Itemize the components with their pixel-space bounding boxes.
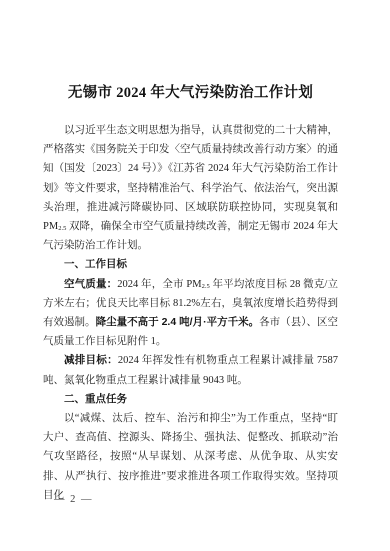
- document-title: 无锡市 2024 年大气污染防治工作计划: [43, 83, 338, 103]
- paragraph-intro: 以习近平生态文明思想为指导，认真贯彻党的二十大精神，严格落实《国务院关于印发〈空…: [43, 121, 338, 255]
- page-number: — 2 —: [54, 493, 93, 507]
- emission-reduction-lead-label: 减排目标：: [64, 354, 118, 366]
- air-quality-text: 2024 年，全市 PM: [117, 279, 201, 290]
- section-heading-key-tasks: 二、重点任务: [43, 390, 338, 409]
- paragraph-intro-text-cont: 双降，确保全市空气质量持续改善，制定无锡市 2024 年大气污染防治工作计划。: [43, 221, 338, 251]
- air-quality-lead-label: 空气质量：: [64, 278, 117, 290]
- dustfall-target-bold-text: 降尘量不高于 2.4 吨/月·平方千米。: [96, 316, 260, 328]
- paragraph-key-tasks: 以“减煤、汰后、控车、治污和抑尘”为工作重点，坚持“盯大户、查高值、控源头、降扬…: [43, 409, 338, 505]
- key-tasks-text: 以“减煤、汰后、控车、治污和抑尘”为工作重点，坚持“盯大户、查高值、控源头、降扬…: [43, 413, 338, 501]
- document-body: 无锡市 2024 年大气污染防治工作计划 以习近平生态文明思想为指导，认真贯彻党…: [43, 83, 338, 505]
- paragraph-emission-reduction: 减排目标：2024 年挥发性有机物重点工程累计减排量 7587 吨、氮氧化物重点…: [43, 351, 338, 389]
- section-heading-work-targets: 一、工作目标: [43, 255, 338, 274]
- document-page: 无锡市 2024 年大气污染防治工作计划 以习近平生态文明思想为指导，认真贯彻党…: [0, 0, 390, 551]
- pm25-subscript: 2.5: [202, 283, 210, 290]
- paragraph-intro-text: 以习近平生态文明思想为指导，认真贯彻党的二十大精神，严格落实《国务院关于印发〈空…: [43, 125, 338, 232]
- paragraph-air-quality: 空气质量：2024 年，全市 PM2.5 年平均浓度目标 28 微克/立方米左右…: [43, 275, 338, 352]
